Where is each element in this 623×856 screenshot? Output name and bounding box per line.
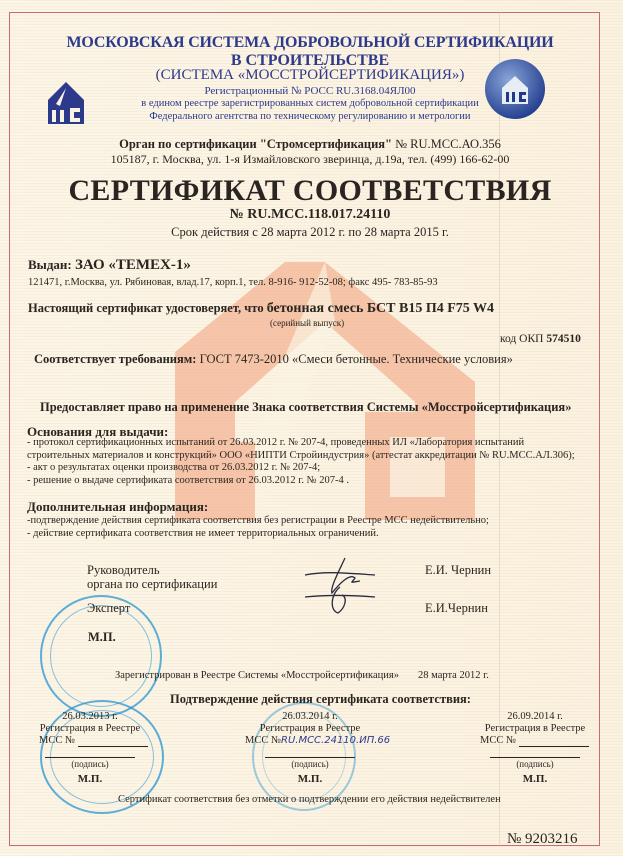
- head-role: Руководитель органа по сертификации: [87, 563, 217, 591]
- product-name: бетонная смесь БСТ В15 П4 F75 W4: [267, 301, 494, 316]
- invalid-note: Сертификат соответствия без отметки о по…: [118, 794, 501, 805]
- head-name: Е.И. Чернин: [425, 563, 491, 578]
- system-name-line3: (СИСТЕМА «МОССТРОЙСЕРТИФИКАЦИЯ»): [60, 67, 560, 84]
- certification-body: Орган по сертификации "Стромсертификация…: [60, 137, 560, 152]
- confirmation-mss-blank: [78, 736, 148, 747]
- product-intro: Настоящий сертификат удостоверяет, что: [28, 301, 264, 315]
- basis-item: - протокол сертификационных испытаний от…: [27, 437, 587, 462]
- expert-name: Е.И.Чернин: [425, 601, 488, 616]
- certificate-title: СЕРТИФИКАТ СООТВЕТСТВИЯ: [40, 174, 580, 208]
- registry-line2: Федерального агентства по техническому р…: [60, 111, 560, 122]
- form-serial-number: № 9203216: [507, 831, 578, 848]
- okp-code: код ОКП 574510: [500, 333, 581, 345]
- certification-body-name: Орган по сертификации "Стромсертификация…: [119, 137, 392, 151]
- confirmation-seal: М.П.: [245, 773, 375, 785]
- confirmation-seal: М.П.: [470, 773, 600, 785]
- registry-date: 28 марта 2012 г.: [418, 670, 489, 681]
- product-serial: (серийный выпуск): [270, 318, 344, 328]
- confirmation-reg-label: Регистрация в Реестре: [245, 723, 375, 735]
- confirmation-heading: Подтверждение действия сертификата соотв…: [170, 692, 471, 707]
- certification-body-address: 105187, г. Москва, ул. 1-я Измайловского…: [60, 152, 560, 167]
- issued-to-address: 121471, г.Москва, ул. Рябиновая, влад.17…: [28, 277, 438, 288]
- system-registration: Регистрационный № РОСС RU.3168.04ЯЛ00: [60, 85, 560, 97]
- confirmation-date: 26.09.2014 г.: [470, 711, 600, 723]
- head-role-line2: органа по сертификации: [87, 577, 217, 591]
- confirmation-date: 26.03.2013 г.: [25, 711, 155, 723]
- expert-signature-icon: [300, 583, 380, 618]
- confirmation-mss-blank: [519, 736, 589, 747]
- confirmation-date: 26.03.2014 г.: [245, 711, 375, 723]
- confirmation-mss-label: МСС №: [245, 735, 281, 746]
- basis-item: - решение о выдаче сертификата соответст…: [27, 475, 587, 488]
- issued-to: Выдан: ЗАО «ТЕМЕХ-1»: [28, 257, 191, 274]
- confirmation-entry: 26.03.2013 г. Регистрация в Реестре МСС …: [25, 711, 155, 785]
- confirmation-seal: М.П.: [25, 773, 155, 785]
- confirmation-sign-label: (подпись): [45, 757, 135, 770]
- seal-label: М.П.: [88, 630, 116, 645]
- head-role-line1: Руководитель: [87, 563, 217, 577]
- confirmation-entry: 26.09.2014 г. Регистрация в Реестре МСС …: [470, 711, 600, 785]
- compliance-standard: ГОСТ 7473-2010 «Смеси бетонные. Техничес…: [200, 352, 513, 366]
- confirmation-mss-label: МСС №: [39, 735, 75, 746]
- certificate-number: № RU.МСС.118.017.24110: [60, 207, 560, 223]
- grant-statement: Предоставляет право на применение Знака …: [40, 400, 590, 415]
- registry-line1: в едином реестре зарегистрированных сист…: [60, 98, 560, 109]
- issued-to-label: Выдан:: [28, 257, 72, 272]
- confirmation-reg-label: Регистрация в Реестре: [470, 723, 600, 735]
- confirmation-sign-label: (подпись): [265, 757, 355, 770]
- additional-item: - действие сертификата соответствия не и…: [27, 528, 587, 541]
- certification-body-number: № RU.МСС.АО.356: [395, 137, 501, 151]
- registry-registration: Зарегистрирован в Реестре Системы «Мосст…: [115, 670, 399, 681]
- basis-item: - акт о результатах оценки производства …: [27, 462, 587, 475]
- certificate-validity: Срок действия с 28 марта 2012 г. по 28 м…: [60, 225, 560, 240]
- compliance-label: Соответствует требованиям:: [34, 352, 196, 366]
- system-name-line1: МОСКОВСКАЯ СИСТЕМА ДОБРОВОЛЬНОЙ СЕРТИФИК…: [60, 34, 560, 52]
- expert-role: Эксперт: [87, 601, 130, 616]
- confirmation-mss-label: МСС №: [480, 735, 516, 746]
- issued-to-company: ЗАО «ТЕМЕХ-1»: [75, 257, 191, 273]
- compliance: Соответствует требованиям: ГОСТ 7473-201…: [34, 352, 513, 367]
- confirmation-sign-label: (подпись): [490, 757, 580, 770]
- confirmation-entry: 26.03.2014 г. Регистрация в Реестре МСС …: [245, 711, 375, 785]
- additional-heading: Дополнительная информация:: [27, 499, 208, 515]
- confirmation-reg-label: Регистрация в Реестре: [25, 723, 155, 735]
- okp-label: код ОКП: [500, 333, 543, 345]
- okp-value: 574510: [546, 333, 581, 345]
- additional-item: -подтверждение действия сертификата соот…: [27, 515, 587, 528]
- basis-list: - протокол сертификационных испытаний от…: [27, 437, 587, 487]
- confirmation-mss-value: RU.МСС.24110.ИП.66: [281, 735, 390, 746]
- product-statement: Настоящий сертификат удостоверяет, что б…: [28, 301, 494, 317]
- additional-list: -подтверждение действия сертификата соот…: [27, 515, 587, 540]
